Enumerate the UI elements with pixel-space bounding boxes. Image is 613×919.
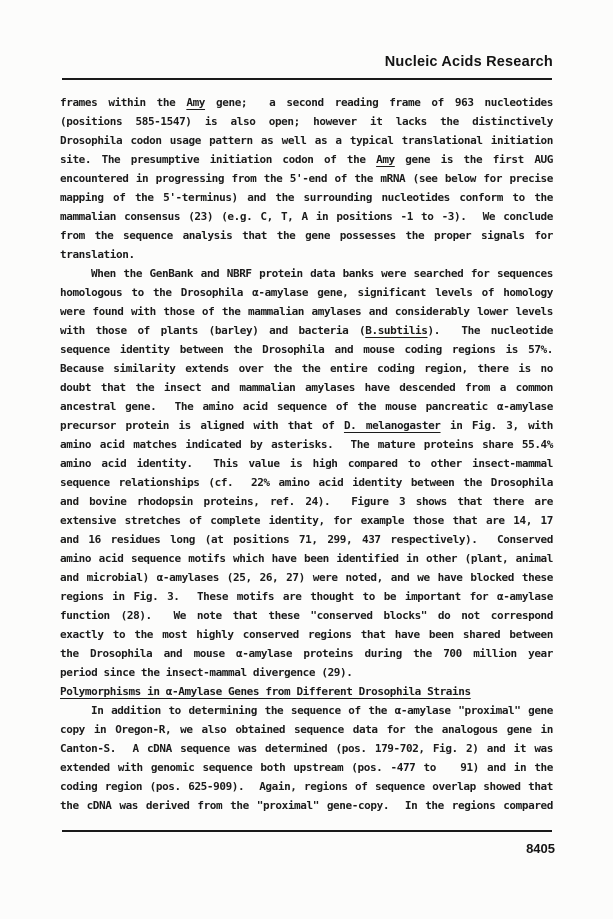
text-line: amino acid matches indicated by asterisk… [60, 435, 553, 454]
text-line: and microbial) α-amylases (25, 26, 27) w… [60, 568, 553, 587]
text-line: the Drosophila and mouse α-amylase prote… [60, 644, 553, 663]
journal-page: Nucleic Acids Research frames within the… [0, 0, 613, 919]
text-line: Drosophila codon usage pattern as well a… [60, 131, 553, 150]
text-line: were found with those of the mammalian a… [60, 302, 553, 321]
text-line: Because similarity extends over the the … [60, 359, 553, 378]
text-line: extensive stretches of complete identity… [60, 511, 553, 530]
text-line: doubt that the insect and mammalian amyl… [60, 378, 553, 397]
header-rule [62, 78, 552, 80]
text-line: mammalian consensus (23) (e.g. C, T, A i… [60, 207, 553, 226]
text-line: homologous to the Drosophila α-amylase g… [60, 283, 553, 302]
text-line: and bovine rhodopsin proteins, ref. 24).… [60, 492, 553, 511]
text-line: When the GenBank and NBRF protein data b… [60, 264, 553, 283]
text-line: (positions 585-1547) is also open; howev… [60, 112, 553, 131]
section-heading: Polymorphisms in α-Amylase Genes from Di… [60, 682, 553, 701]
body-text: frames within the Amy gene; a second rea… [60, 93, 553, 815]
text-line: amino acid sequence motifs which have be… [60, 549, 553, 568]
text-line: coding region (pos. 625-909). Again, reg… [60, 777, 553, 796]
text-line: from the sequence analysis that the gene… [60, 226, 553, 245]
page-number: 8405 [526, 841, 555, 856]
text-line: with those of plants (barley) and bacter… [60, 321, 553, 340]
text-line: period since the insect-mammal divergenc… [60, 663, 553, 682]
text-line: sequence relationships (cf. 22% amino ac… [60, 473, 553, 492]
text-line: copy in Oregon-R, we also obtained seque… [60, 720, 553, 739]
footer-rule [62, 830, 552, 832]
journal-title: Nucleic Acids Research [385, 54, 553, 70]
text-line: frames within the Amy gene; a second rea… [60, 93, 553, 112]
text-line: Canton-S. A cDNA sequence was determined… [60, 739, 553, 758]
text-line: ancestral gene. The amino acid sequence … [60, 397, 553, 416]
text-line: In addition to determining the sequence … [60, 701, 553, 720]
text-line: translation. [60, 245, 553, 264]
text-line: extended with genomic sequence both upst… [60, 758, 553, 777]
text-line: regions in Fig. 3. These motifs are thou… [60, 587, 553, 606]
text-line: precursor protein is aligned with that o… [60, 416, 553, 435]
text-line: function (28). We note that these "conse… [60, 606, 553, 625]
text-line: sequence identity between the Drosophila… [60, 340, 553, 359]
text-line: encountered in progressing from the 5'-e… [60, 169, 553, 188]
text-line: and 16 residues long (at positions 71, 2… [60, 530, 553, 549]
text-line: the cDNA was derived from the "proximal"… [60, 796, 553, 815]
text-line: exactly to the most highly conserved reg… [60, 625, 553, 644]
text-line: site. The presumptive initiation codon o… [60, 150, 553, 169]
text-line: amino acid identity. This value is high … [60, 454, 553, 473]
text-line: mapping of the 5'-terminus) and the surr… [60, 188, 553, 207]
